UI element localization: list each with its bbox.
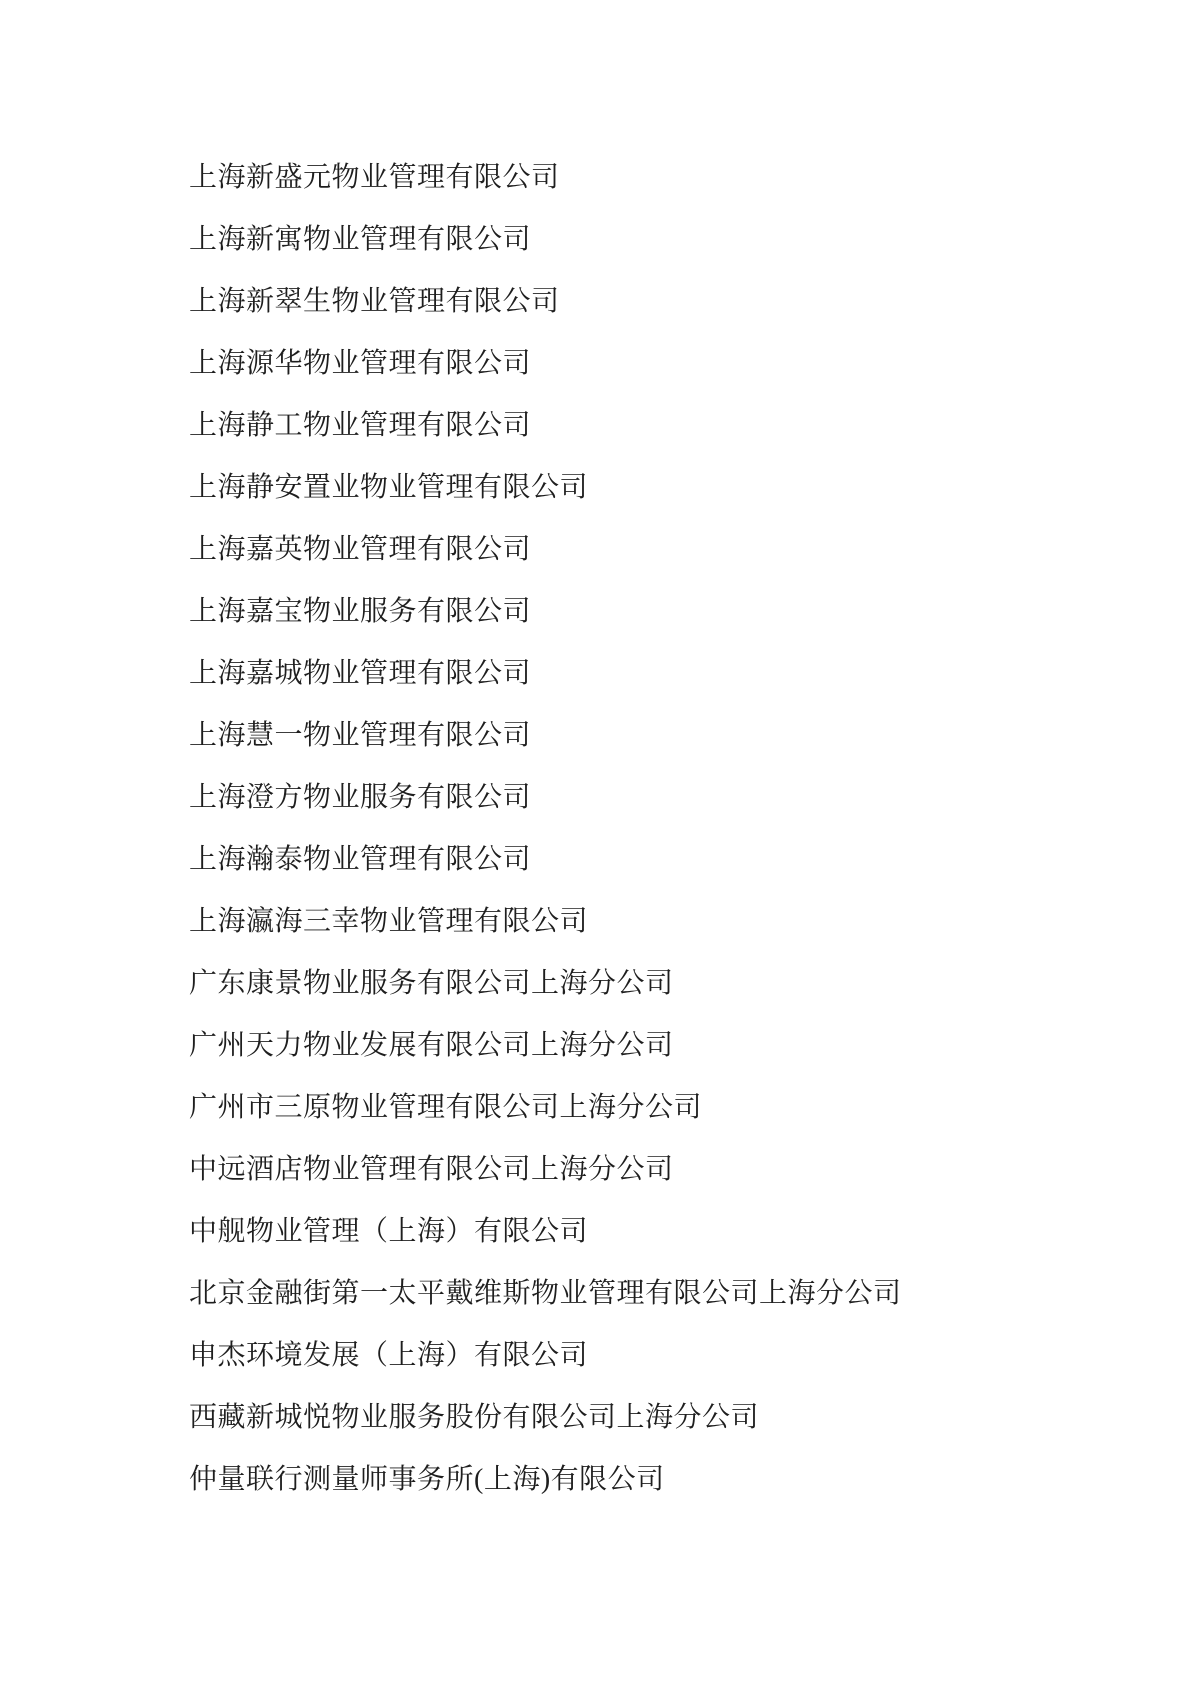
company-name-line: 上海慧一物业管理有限公司 [189,705,1130,767]
company-name-line: 上海静工物业管理有限公司 [189,395,1130,457]
company-name-line: 中远酒店物业管理有限公司上海分公司 [189,1139,1130,1201]
company-name-line: 上海瀚泰物业管理有限公司 [189,829,1130,891]
document-page: 上海新盛元物业管理有限公司上海新寓物业管理有限公司上海新翠生物业管理有限公司上海… [0,0,1190,1683]
company-name-line: 上海源华物业管理有限公司 [189,333,1130,395]
company-name-line: 上海新翠生物业管理有限公司 [189,271,1130,333]
company-name-line: 上海澄方物业服务有限公司 [189,767,1130,829]
company-name-line: 广东康景物业服务有限公司上海分公司 [189,953,1130,1015]
company-name-line: 上海嘉宝物业服务有限公司 [189,581,1130,643]
company-name-line: 上海瀛海三幸物业管理有限公司 [189,891,1130,953]
company-name-line: 北京金融街第一太平戴维斯物业管理有限公司上海分公司 [189,1263,1130,1325]
company-name-line: 仲量联行测量师事务所(上海)有限公司 [189,1449,1130,1511]
company-name-line: 上海嘉英物业管理有限公司 [189,519,1130,581]
company-name-line: 上海静安置业物业管理有限公司 [189,457,1130,519]
company-name-line: 上海嘉城物业管理有限公司 [189,643,1130,705]
company-name-line: 西藏新城悦物业服务股份有限公司上海分公司 [189,1387,1130,1449]
company-name-line: 上海新盛元物业管理有限公司 [189,147,1130,209]
company-name-line: 广州天力物业发展有限公司上海分公司 [189,1015,1130,1077]
company-name-line: 上海新寓物业管理有限公司 [189,209,1130,271]
company-name-list: 上海新盛元物业管理有限公司上海新寓物业管理有限公司上海新翠生物业管理有限公司上海… [189,147,1130,1511]
company-name-line: 中舰物业管理（上海）有限公司 [189,1201,1130,1263]
company-name-line: 申杰环境发展（上海）有限公司 [189,1325,1130,1387]
company-name-line: 广州市三原物业管理有限公司上海分公司 [189,1077,1130,1139]
